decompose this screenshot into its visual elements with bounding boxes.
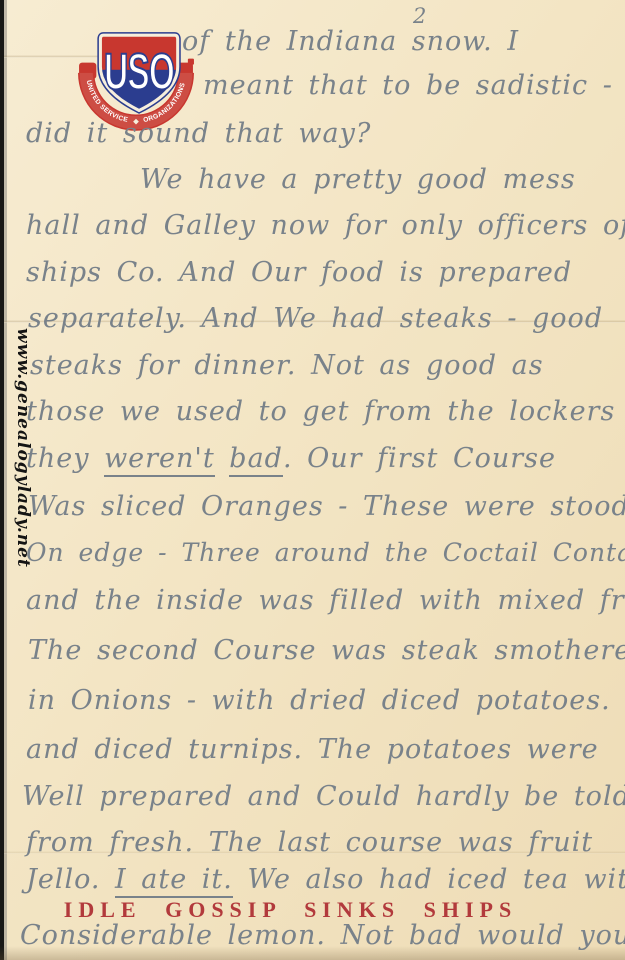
handwritten-line-4: We have a pretty good mess: [140, 164, 576, 195]
handwritten-line-17: Well prepared and Could hardly be told: [22, 781, 625, 812]
handwritten-line-15: in Onions - with dried diced potatoes.: [28, 685, 611, 716]
footer-slogan: IDLE GOSSIP SINKS SHIPS: [0, 897, 603, 923]
handwritten-line-18: from fresh. The last course was fruit: [26, 827, 593, 858]
handwritten-line-3: did it sound that way?: [26, 118, 371, 149]
handwritten-line-1: of the Indiana snow. I: [182, 26, 519, 57]
handwritten-line-10: they weren't bad. Our first Course: [26, 443, 556, 474]
handwritten-line-5: hall and Galley now for only officers of: [26, 210, 625, 241]
handwritten-line-19: Jello. I ate it. We also had iced tea wi…: [26, 864, 625, 895]
letter-page: USO UNITED SERVICE ORGANIZATIONS www.gen…: [0, 0, 625, 960]
line-segment: they: [26, 443, 104, 474]
handwritten-line-2: meant that to be sadistic -: [203, 70, 613, 101]
handwritten-line-20: Considerable lemon. Not bad would you sa…: [20, 920, 625, 951]
handwritten-line-6: ships Co. And Our food is prepared: [26, 257, 572, 288]
handwritten-line-9: those we used to get from the lockers bu…: [26, 396, 625, 427]
underlined-word: bad: [229, 443, 283, 477]
handwritten-line-8: steaks for dinner. Not as good as: [30, 350, 544, 381]
underlined-phrase: I ate it.: [115, 864, 233, 898]
handwritten-line-11: Was sliced Oranges - These were stood: [28, 491, 625, 522]
handwritten-line-12: On edge - Three around the Coctail Conta…: [26, 538, 625, 567]
handwritten-line-16: and diced turnips. The potatoes were: [26, 734, 599, 765]
line-segment: [215, 443, 230, 474]
handwritten-line-14: The second Course was steak smothered: [28, 635, 625, 666]
line-segment: We also had iced tea with: [233, 864, 625, 895]
underlined-word: weren't: [104, 443, 215, 477]
ribbon-right-tip: [188, 59, 194, 65]
line-segment: Jello.: [26, 864, 115, 895]
handwritten-line-13: and the inside was filled with mixed fru…: [26, 585, 625, 616]
page-number: 2: [413, 4, 427, 28]
uso-acronym: USO: [104, 44, 174, 101]
handwritten-line-7: separately. And We had steaks - good: [28, 303, 603, 334]
line-segment: . Our first Course: [283, 443, 556, 474]
